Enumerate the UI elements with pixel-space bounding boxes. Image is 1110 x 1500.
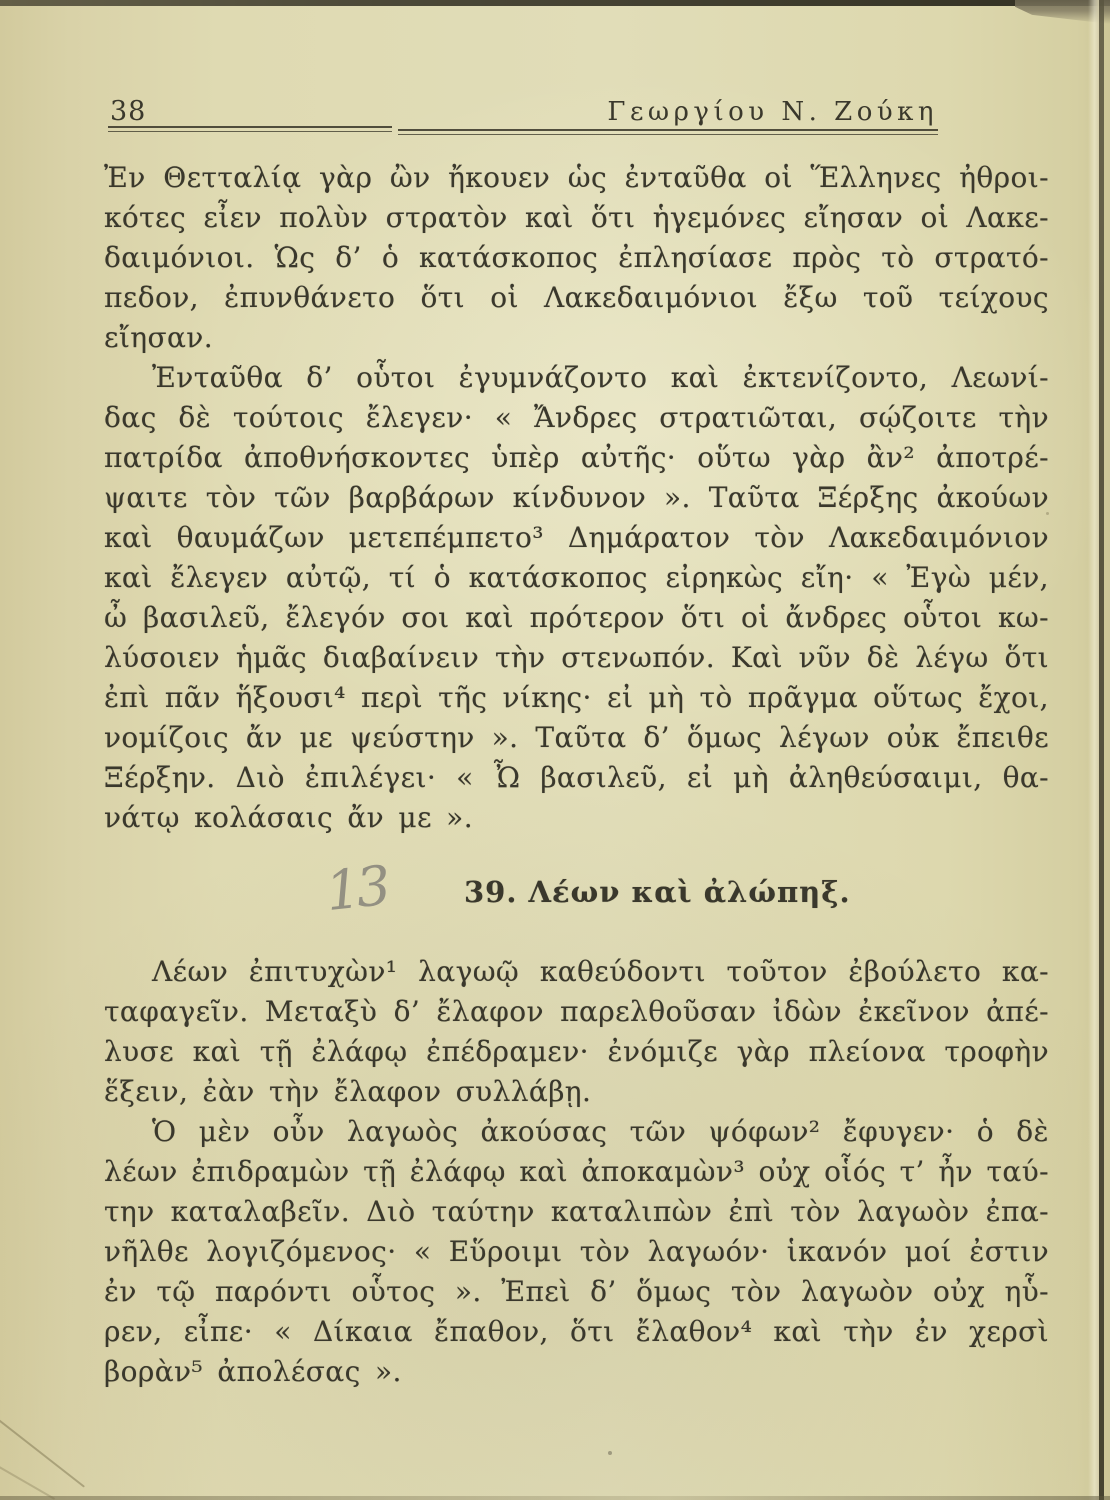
header-rule-right: [398, 129, 938, 135]
text-line: Ἐνταῦθα δ’ οὗτοι ἐγυμνάζοντο καὶ ἐκτενίζ…: [104, 358, 1049, 398]
handwritten-pencil-mark: 13: [323, 859, 389, 919]
text-line: την καταλαβεῖν. Διὸ ταύτην καταλιπὼν ἐπὶ…: [104, 1192, 1049, 1232]
text-line: πεδον, ἐπυνθάνετο ὅτι οἱ Λακεδαιμόνιοι ἔ…: [104, 278, 1049, 318]
page-number: 38: [110, 96, 146, 127]
text-line: λέων ἐπιδραμὼν τῇ ἐλάφῳ καὶ ἀποκαμὼν³ οὐ…: [104, 1152, 1049, 1192]
text-line: ἕξειν, ἐὰν τὴν ἔλαφον συλλάβῃ.: [104, 1072, 1049, 1112]
paragraph: Ἐν Θετταλίᾳ γὰρ ὢν ἤκουεν ὡς ἐνταῦθα οἱ …: [104, 158, 1049, 358]
text-line: δας δὲ τούτοις ἔλεγεν· « Ἄνδρες στρατιῶτ…: [104, 398, 1049, 438]
text-block-before-heading: Ἐν Θετταλίᾳ γὰρ ὢν ἤκουεν ὡς ἐνταῦθα οἱ …: [104, 158, 1049, 838]
paper-speck: [608, 1451, 612, 1455]
text-line: Ὁ μὲν οὖν λαγωὸς ἀκούσας τῶν ψόφων² ἔφυγ…: [104, 1112, 1049, 1152]
text-line: νῆλθε λογιζόμενος· « Εὕροιμι τὸν λαγωόν·…: [104, 1232, 1049, 1272]
text-line: ἐπὶ πᾶν ἥξουσι⁴ περὶ τῆς νίκης· εἰ μὴ τὸ…: [104, 678, 1049, 718]
text-line: ψαιτε τὸν τῶν βαρβάρων κίνδυνον ». Ταῦτα…: [104, 478, 1049, 518]
text-line: λύσοιεν ἡμᾶς διαβαίνειν τὴν στενωπόν. Κα…: [104, 638, 1049, 678]
running-header-title: Γεωργίου Ν. Ζούκη: [607, 97, 938, 127]
paper-crease: [0, 1458, 55, 1500]
text-line: ὦ βασιλεῦ, ἔλεγόν σοι καὶ πρότερον ὅτι ο…: [104, 598, 1049, 638]
text-line: ἐν τῷ παρόντι οὗτος ». Ἐπεὶ δ’ ὅμως τὸν …: [104, 1272, 1049, 1312]
scan-right-edge: [1099, 0, 1104, 1500]
text-line: ταφαγεῖν. Μεταξὺ δ’ ἔλαφον παρελθοῦσαν ἰ…: [104, 992, 1049, 1032]
paragraph: Λέων ἐπιτυχὼν¹ λαγωῷ καθεύδοντι τοῦτον ἐ…: [104, 952, 1049, 1112]
text-line: νάτῳ κολάσαις ἄν με ».: [104, 798, 1049, 838]
header-rule-left: [108, 126, 392, 132]
paragraph: Ὁ μὲν οὖν λαγωὸς ἀκούσας τῶν ψόφων² ἔφυγ…: [104, 1112, 1049, 1392]
scan-top-edge: [0, 0, 1110, 6]
paper-crease: [0, 1418, 85, 1487]
text-block-after-heading: Λέων ἐπιτυχὼν¹ λαγωῷ καθεύδοντι τοῦτον ἐ…: [104, 952, 1049, 1392]
text-line: καὶ ἔλεγεν αὐτῷ, τί ὁ κατάσκοπος εἰρηκὼς…: [104, 558, 1049, 598]
text-column: Ἐν Θετταλίᾳ γὰρ ὢν ἤκουεν ὡς ἐνταῦθα οἱ …: [104, 158, 1049, 1392]
text-line: ρεν, εἶπε· « Δίκαια ἔπαθον, ὅτι ἔλαθον⁴ …: [104, 1312, 1049, 1352]
text-line: δαιμόνιοι. Ὡς δ’ ὁ κατάσκοπος ἐπλησίασε …: [104, 238, 1049, 278]
scan-bottom-edge: [0, 1496, 1110, 1500]
text-line: καὶ θαυμάζων μετεπέμπετο³ Δημάρατον τὸν …: [104, 518, 1049, 558]
section-heading: 39. Λέων καὶ ἀλώπηξ.: [464, 870, 851, 914]
text-line: Ἐν Θετταλίᾳ γὰρ ὢν ἤκουεν ὡς ἐνταῦθα οἱ …: [104, 158, 1049, 198]
text-line: βορὰν⁵ ἀπολέσας ».: [104, 1352, 1049, 1392]
page-right-paper-edge: [1088, 0, 1099, 1500]
text-line: Λέων ἐπιτυχὼν¹ λαγωῷ καθεύδοντι τοῦτον ἐ…: [104, 952, 1049, 992]
text-line: εἴησαν.: [104, 318, 1049, 358]
section-heading-row: 13 39. Λέων καὶ ἀλώπηξ.: [104, 870, 1049, 916]
text-line: λυσε καὶ τῇ ἐλάφῳ ἐπέδραμεν· ἐνόμιζε γὰρ…: [104, 1032, 1049, 1072]
book-page-scan: 38 Γεωργίου Ν. Ζούκη Ἐν Θετταλίᾳ γὰρ ὢν …: [0, 0, 1110, 1500]
text-line: νομίζοις ἄν με ψεύστην ». Ταῦτα δ’ ὅμως …: [104, 718, 1049, 758]
text-line: Ξέρξην. Διὸ ἐπιλέγει· « Ὦ βασιλεῦ, εἰ μὴ…: [104, 758, 1049, 798]
text-line: πατρίδα ἀποθνήσκοντες ὑπὲρ αὐτῆς· οὕτω γ…: [104, 438, 1049, 478]
text-line: κότες εἶεν πολὺν στρατὸν καὶ ὅτι ἡγεμόνε…: [104, 198, 1049, 238]
paragraph: Ἐνταῦθα δ’ οὗτοι ἐγυμνάζοντο καὶ ἐκτενίζ…: [104, 358, 1049, 838]
